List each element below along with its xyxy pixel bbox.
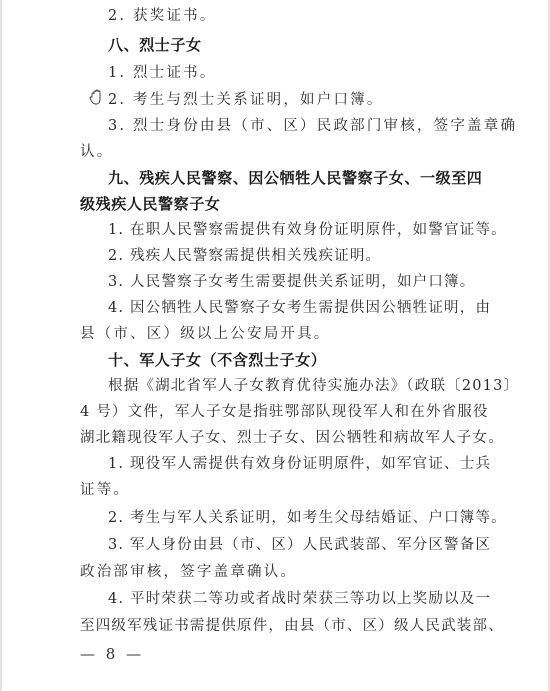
text-line: 至四级军残证书需提供原件，由县（市、区）级人民武装部、 <box>80 616 504 636</box>
text-line: 认。 <box>80 142 113 162</box>
text-line: 1. 在职人民警察需提供有效身份证明原件，如警官证等。 <box>108 220 507 240</box>
text-line: 3. 烈士身份由县（市、区）民政部门审核，签字盖章确 <box>108 116 517 136</box>
text-line: 2. 考生与军人关系证明，如考生父母结婚证、户口簿等。 <box>108 508 507 528</box>
text-line: 县（市、区）级以上公安局开具。 <box>80 324 331 344</box>
text-line: 4. 因公牺牲人民警察子女考生需提供因公牺牲证明，由 <box>108 298 491 318</box>
section-heading-10: 十、军人子女（不含烈士子女） <box>108 350 326 370</box>
section-heading-8: 八、烈士子女 <box>108 35 202 55</box>
text-line: 2. 残疾人民警察需提供相关残疾证明。 <box>108 246 381 266</box>
text-line: 根据《湖北省军人子女教育优待实施办法》（政联〔2013〕 <box>108 376 519 396</box>
text-line: 3. 人民警察子女考生需要提供关系证明，如户口簿。 <box>108 272 475 292</box>
page-number: — 8 — <box>80 645 144 663</box>
section-heading-9-cont: 级残疾人民警察子女 <box>80 194 220 214</box>
text-line: 政治部审核，签字盖章确认。 <box>80 562 297 582</box>
text-line: 2. 考生与烈士关系证明，如户口簿。 <box>108 90 384 110</box>
section-heading-9: 九、残疾人民警察、因公牺牲人民警察子女、一级至四 <box>108 168 482 188</box>
text-line: 2. 获奖证书。 <box>108 6 217 26</box>
text-line: 4 号）文件，军人子女是指驻鄂部队现役军人和在外省服役 <box>80 402 489 422</box>
text-line: 1. 烈士证书。 <box>108 63 217 83</box>
text-line: 湖北籍现役军人子女、烈士子女、因公牺牲和病故军人子女。 <box>80 428 504 448</box>
text-line: 1. 现役军人需提供有效身份证明原件，如军官证、士兵 <box>108 454 491 474</box>
text-line: 4. 平时荣获二等功或者战时荣获三等功以上奖励以及一 <box>108 589 491 609</box>
text-line: 证等。 <box>80 480 130 500</box>
page-left-border <box>0 0 2 691</box>
text-line: 3. 军人身份由县（市、区）人民武装部、军分区警备区 <box>108 535 491 555</box>
hand-pointer-icon[interactable] <box>89 88 105 106</box>
